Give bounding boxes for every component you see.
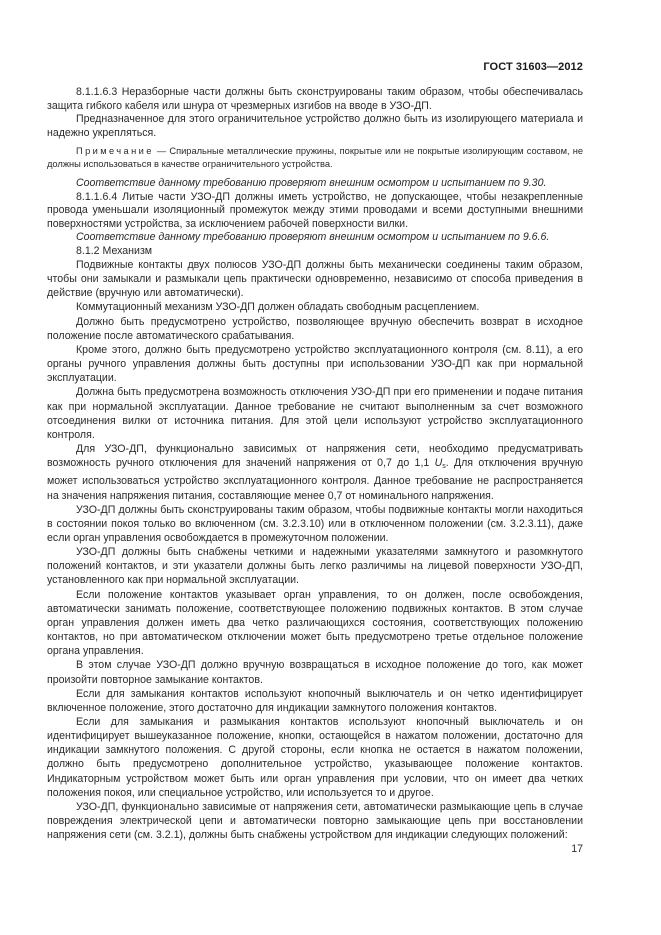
note-block: Примечание — Спиральные металлические пр… — [47, 145, 583, 171]
paragraph: В этом случае УЗО-ДП должно вручную возв… — [47, 658, 583, 686]
paragraph: Должна быть предусмотрена возможность от… — [47, 385, 583, 442]
paragraph: 8.1.1.6.3 Неразборные части должны быть … — [47, 86, 583, 113]
paragraph: УЗО-ДП, функционально зависимые от напря… — [47, 800, 583, 842]
compliance-statement: Соответствие данному требованию проверяю… — [47, 177, 583, 191]
paragraph: УЗО-ДП должны быть сконструированы таким… — [47, 503, 583, 545]
paragraph: Коммутационный механизм УЗО-ДП должен об… — [47, 300, 583, 314]
clause-8-1-1-6-3: 8.1.1.6.3 Неразборные части должны быть … — [47, 86, 583, 140]
paragraph: Предназначенное для этого ограничительно… — [47, 113, 583, 140]
page-number: 17 — [571, 843, 583, 855]
section-heading-mechanism: 8.1.2 Механизм — [47, 245, 583, 259]
mechanism-section: Подвижные контакты двух полюсов УЗО-ДП д… — [47, 258, 583, 842]
clause-8-1-1-6-4: Соответствие данному требованию проверяю… — [47, 177, 583, 258]
paragraph-voltage: Для УЗО-ДП, функционально зависимых от н… — [47, 442, 583, 503]
paragraph: Если для замыкания контактов используют … — [47, 687, 583, 715]
paragraph: Если положение контактов указывает орган… — [47, 588, 583, 659]
paragraph: УЗО-ДП должны быть снабжены четкими и на… — [47, 545, 583, 587]
paragraph: Если для замыкания и размыкания контакто… — [47, 715, 583, 800]
note-label: Примечание — [76, 146, 154, 156]
paragraph: 8.1.1.6.4 Литые части УЗО-ДП должны имет… — [47, 191, 583, 232]
paragraph: Кроме этого, должно быть предусмотрено у… — [47, 343, 583, 385]
compliance-statement: Соответствие данному требованию проверяю… — [47, 231, 583, 245]
paragraph: Должно быть предусмотрено устройство, по… — [47, 315, 583, 343]
paragraph: Подвижные контакты двух полюсов УЗО-ДП д… — [47, 258, 583, 300]
document-standard-header: ГОСТ 31603—2012 — [483, 61, 583, 73]
note-paragraph: Примечание — Спиральные металлические пр… — [47, 145, 583, 171]
